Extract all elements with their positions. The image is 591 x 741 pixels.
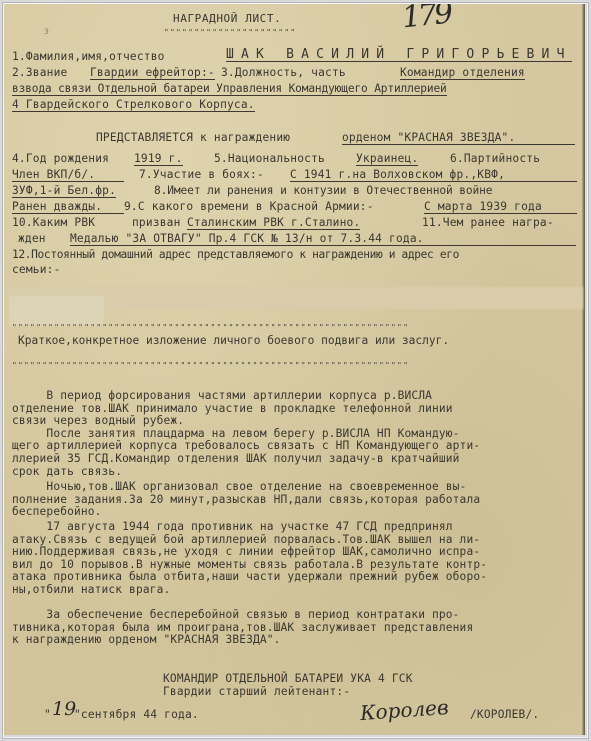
handwritten-number: 179 xyxy=(400,4,452,35)
separator-top: """"""""""""""""""""""""""""""""""""""""… xyxy=(12,321,409,334)
narrative-line: срок дать связь. xyxy=(12,466,122,479)
field-9-label: 9.С какого времени в Красной Армии:- xyxy=(124,200,374,213)
narrative-line: к награждению орденом "КРАСНАЯ ЗВЕЗДА". xyxy=(12,634,281,647)
date-day-handwritten: 19 xyxy=(52,698,76,720)
narrative-line: ны,отбили натиск врага. xyxy=(12,584,170,597)
birth-year: 1919 г. xyxy=(134,152,183,166)
field-8-label: 8.Имеет ли ранения и контузии в Отечеств… xyxy=(154,184,492,197)
document-title: НАГРАДНОЙ ЛИСТ. xyxy=(173,12,281,25)
award-sheet: НАГРАДНОЙ ЛИСТ. """""""""""""""""""""" 1… xyxy=(4,4,585,735)
previous-award: Медалью "ЗА ОТВАГУ" Пр.4 ГСК № 13/н от 7… xyxy=(70,232,576,246)
field-11-label: 11.Чем ранее награ- xyxy=(422,216,554,229)
nationality: Украинец. xyxy=(356,152,418,166)
field-11-label-2: жден xyxy=(18,232,46,245)
combat-participation-2: ЗУФ,1-й Бел.фр. xyxy=(12,184,116,198)
narrative-line: связи через водный рубеж. xyxy=(12,415,184,428)
field-7-label: 7.Участие в боях:- xyxy=(139,168,264,181)
narrative-line: нию.Поддерживая связь,не уходя с линии е… xyxy=(12,546,480,559)
signer-rank: Гвардии старший лейтенант:- xyxy=(163,685,350,698)
position-value-1: Командир отделения xyxy=(400,66,525,80)
wounds-value: Ранен дважды. xyxy=(12,200,124,214)
signer-position: КОМАНДИР ОТДЕЛЬНОЙ БАТАРЕИ УКА 4 ГСК xyxy=(163,672,413,685)
field-10-label-2: призван xyxy=(132,216,181,229)
award-name: орденом "КРАСНАЯ ЗВЕЗДА". xyxy=(342,131,575,145)
date-rest: "сентября 44 года. xyxy=(74,708,199,721)
presentation-prefix: ПРЕДСТАВЛЯЕТСЯ к награждению xyxy=(96,131,290,144)
combat-participation-1: С 1941 г.на Волховском фр.,КВФ, xyxy=(290,168,577,182)
signer-name: /КОРОЛЕВ/. xyxy=(470,708,539,721)
field-4-label: 4.Год рождения xyxy=(12,152,109,165)
position-value-3: 4 Гвардейского Стрелкового Корпуса. xyxy=(12,98,255,112)
field-10-label: 10.Каким РВК xyxy=(12,216,95,229)
title-underline: """""""""""""""""""""" xyxy=(164,26,296,39)
army-since: С марта 1939 года xyxy=(424,200,577,214)
field-3-label: 3.Должность, часть xyxy=(221,66,346,79)
narrative-line: Ночью,тов.ШАК организовал свое отделение… xyxy=(12,481,466,494)
narrative-line: ллерией 35 ГСД.Командир отделения ШАК по… xyxy=(12,453,460,466)
paper-edge xyxy=(582,4,585,735)
field-12-label: 12.Постоянный домашний адрес представляе… xyxy=(12,248,459,261)
field-1-label: 1.Фамилия,имя,отчество xyxy=(12,50,165,63)
margin-mark: Э xyxy=(44,25,49,38)
rank-value: Гвардии ефрейтор:- xyxy=(90,66,215,80)
position-value-2: взвода связи Отдельной батареи Управлени… xyxy=(12,82,447,96)
field-6-label: 6.Партийность xyxy=(450,152,540,165)
narrative-line: В период форсирования частями артиллерии… xyxy=(12,390,432,403)
narrative-line: За обеспечение бесперебойной связью в пе… xyxy=(12,609,460,622)
field-12-label-2: семьи:- xyxy=(12,263,61,276)
section-heading: Краткое,конкретное изложение личного бое… xyxy=(18,334,449,347)
field-5-label: 5.Национальность xyxy=(214,152,325,165)
narrative-line: 17 августа 1944 года противник на участк… xyxy=(12,521,453,534)
draft-office: Сталинским РВК г.Сталино. xyxy=(187,216,360,230)
field-2-label: 2.Звание xyxy=(12,66,67,79)
handwritten-signature: Королев xyxy=(359,695,449,725)
full-name: ШАК ВАСИЛИЙ ГРИГОРЬЕВИЧ xyxy=(226,48,572,62)
separator-bottom: """"""""""""""""""""""""""""""""""""""""… xyxy=(12,359,409,372)
party-membership: Член ВКП/б/. xyxy=(12,168,124,182)
date-open-quote: " xyxy=(44,708,51,721)
narrative-line: бесперебойно. xyxy=(12,506,102,519)
